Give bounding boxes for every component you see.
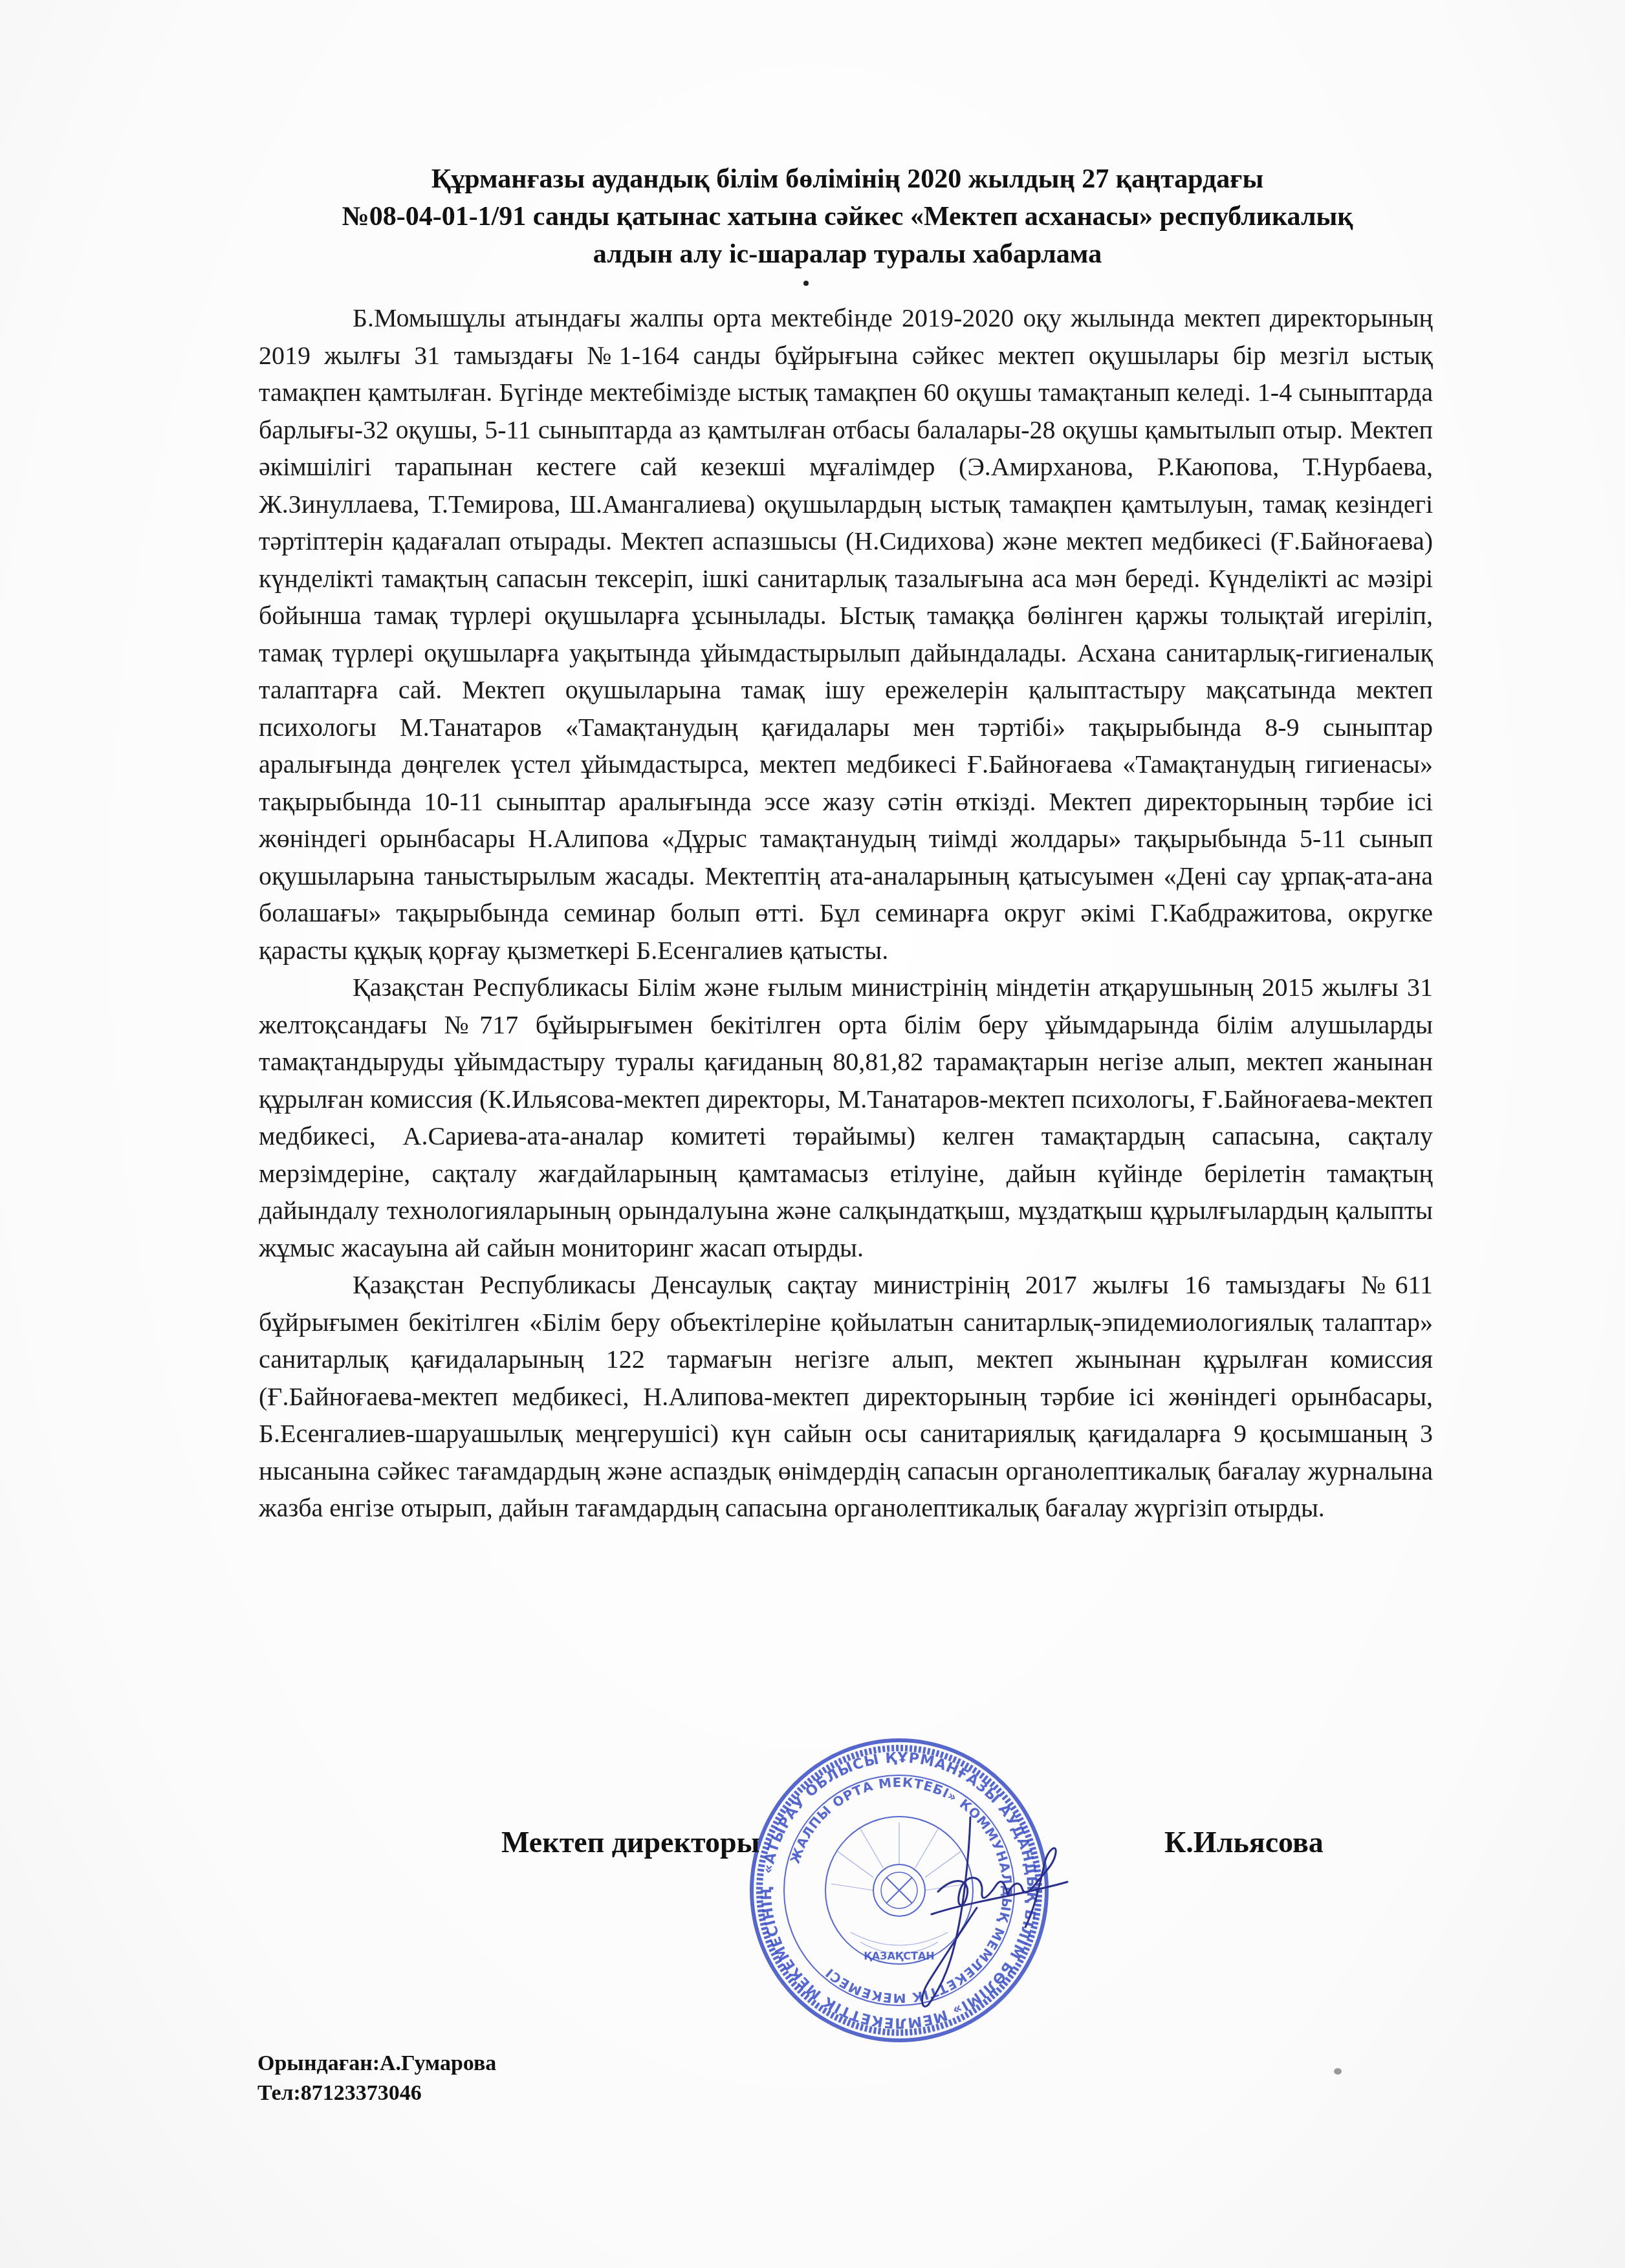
paragraph-2: Қазақстан Республикасы Білім және ғылым … (259, 969, 1433, 1266)
executor-name: Орындаған:А.Гумарова (257, 2049, 496, 2079)
signature-block: Мектеп директоры К.Ильясова (0, 1825, 1625, 1877)
paragraph-1: Б.Момышұлы атындағы жалпы орта мектебінд… (259, 299, 1433, 969)
document-title: Құрманғазы аудандық білім бөлімінің 2020… (246, 160, 1449, 273)
document-page: Құрманғазы аудандық білім бөлімінің 2020… (0, 0, 1625, 2268)
executor-footer: Орындаған:А.Гумарова Тел:87123373046 (257, 2049, 496, 2108)
signatory-role: Мектеп директоры (501, 1825, 760, 1859)
stray-dot-mark (803, 281, 809, 286)
executor-phone: Тел:87123373046 (257, 2079, 496, 2108)
scan-speck (1334, 2068, 1342, 2075)
signatory-name: К.Ильясова (1164, 1825, 1324, 1859)
document-body: Б.Момышұлы атындағы жалпы орта мектебінд… (259, 299, 1433, 1527)
title-line-2: №08-04-01-1/91 санды қатынас хатына сәйк… (246, 198, 1449, 235)
title-line-3: алдын алу іс-шаралар туралы хабарлама (246, 235, 1449, 273)
title-line-1: Құрманғазы аудандық білім бөлімінің 2020… (246, 160, 1449, 198)
paragraph-3: Қазақстан Республикасы Денсаулық сақтау … (259, 1266, 1433, 1527)
